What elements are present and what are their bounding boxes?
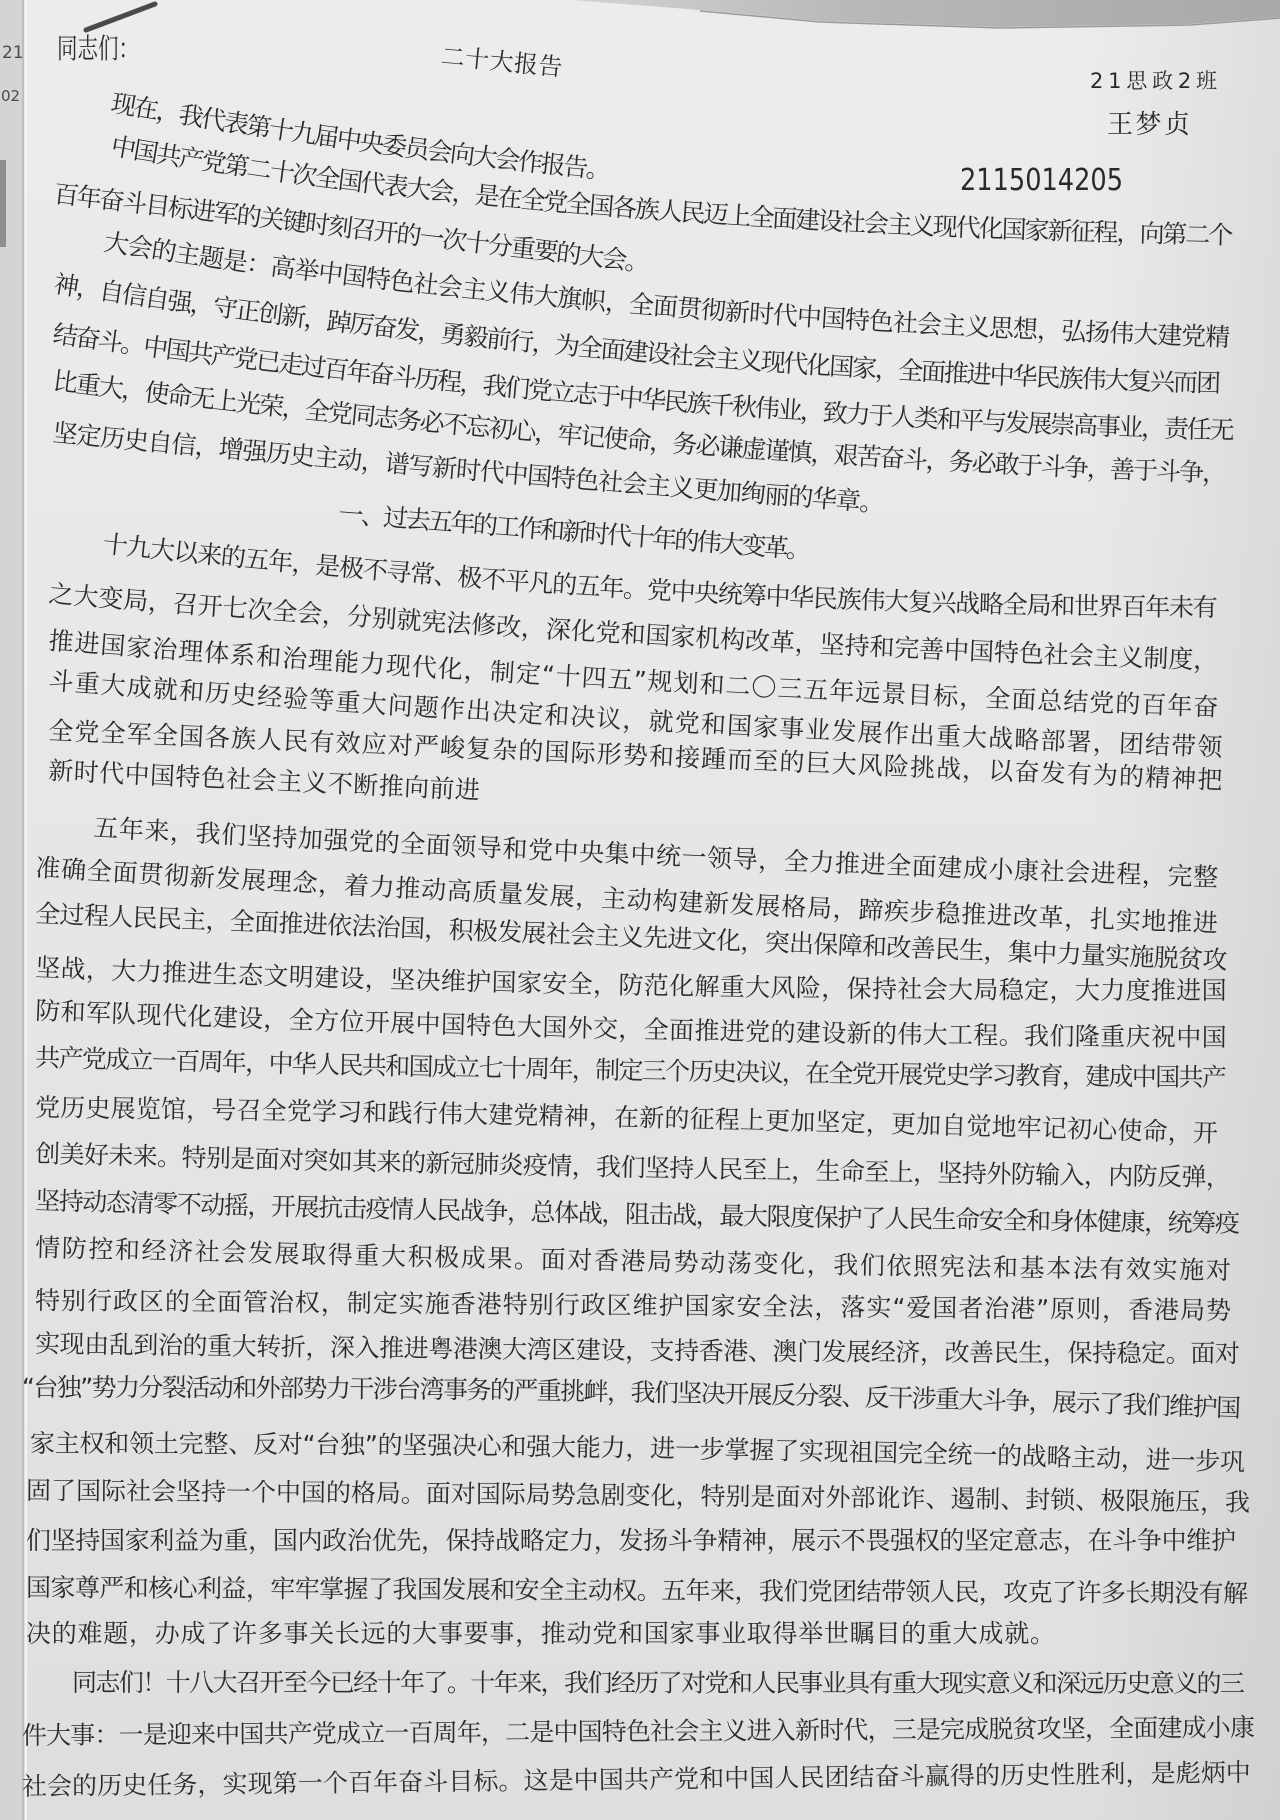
handwritten-line: 决的难题，办成了许多事关长远的大事要事，推动党和国家事业取得举世瞩目的重大成就。 (26, 1619, 1055, 1648)
paper-sheet: 21 02 同志们： 二十大报告 21思政2班 王梦贞 2115014205 现… (0, 0, 1280, 1820)
handwritten-line: 们坚持国家利益为重，国内政治优先，保持战略定力，发扬斗争精神，展示不畏强权的坚定… (26, 1526, 1236, 1555)
margin-fragment: 02 (1, 87, 20, 105)
handwritten-page-photo: 21 02 同志们： 二十大报告 21思政2班 王梦贞 2115014205 现… (0, 0, 1280, 1820)
line-text: 同志们！十八大召开至今已经十年了。十年来，我们经历了对党和人民事业具有重大现实意… (72, 1668, 1245, 1698)
line-text: 们坚持国家利益为重，国内政治优先，保持战略定力，发扬斗争精神，展示不畏强权的坚定… (26, 1526, 1236, 1555)
underlying-sheet-strip (0, 0, 22, 1820)
salutation: 同志们： (57, 32, 139, 65)
margin-fragment: 21 (2, 43, 24, 63)
student-class: 21思政2班 (1090, 69, 1217, 93)
handwritten-line: 同志们！十八大召开至今已经十年了。十年来，我们经历了对党和人民事业具有重大现实意… (72, 1668, 1245, 1698)
student-id: 2115014205 (960, 163, 1123, 198)
handwritten-line: 国家尊严和核心利益，牢牢掌握了我国发展和安全主动权。五年来，我们党团结带领人民，… (26, 1573, 1248, 1608)
student-name: 王梦贞 (1107, 110, 1190, 140)
line-text: 决的难题，办成了许多事关长远的大事要事，推动党和国家事业取得举世瞩目的重大成就。 (26, 1619, 1055, 1648)
margin-bar-mark (0, 160, 6, 247)
line-text: 国家尊严和核心利益，牢牢掌握了我国发展和安全主动权。五年来，我们党团结带领人民，… (26, 1573, 1248, 1608)
